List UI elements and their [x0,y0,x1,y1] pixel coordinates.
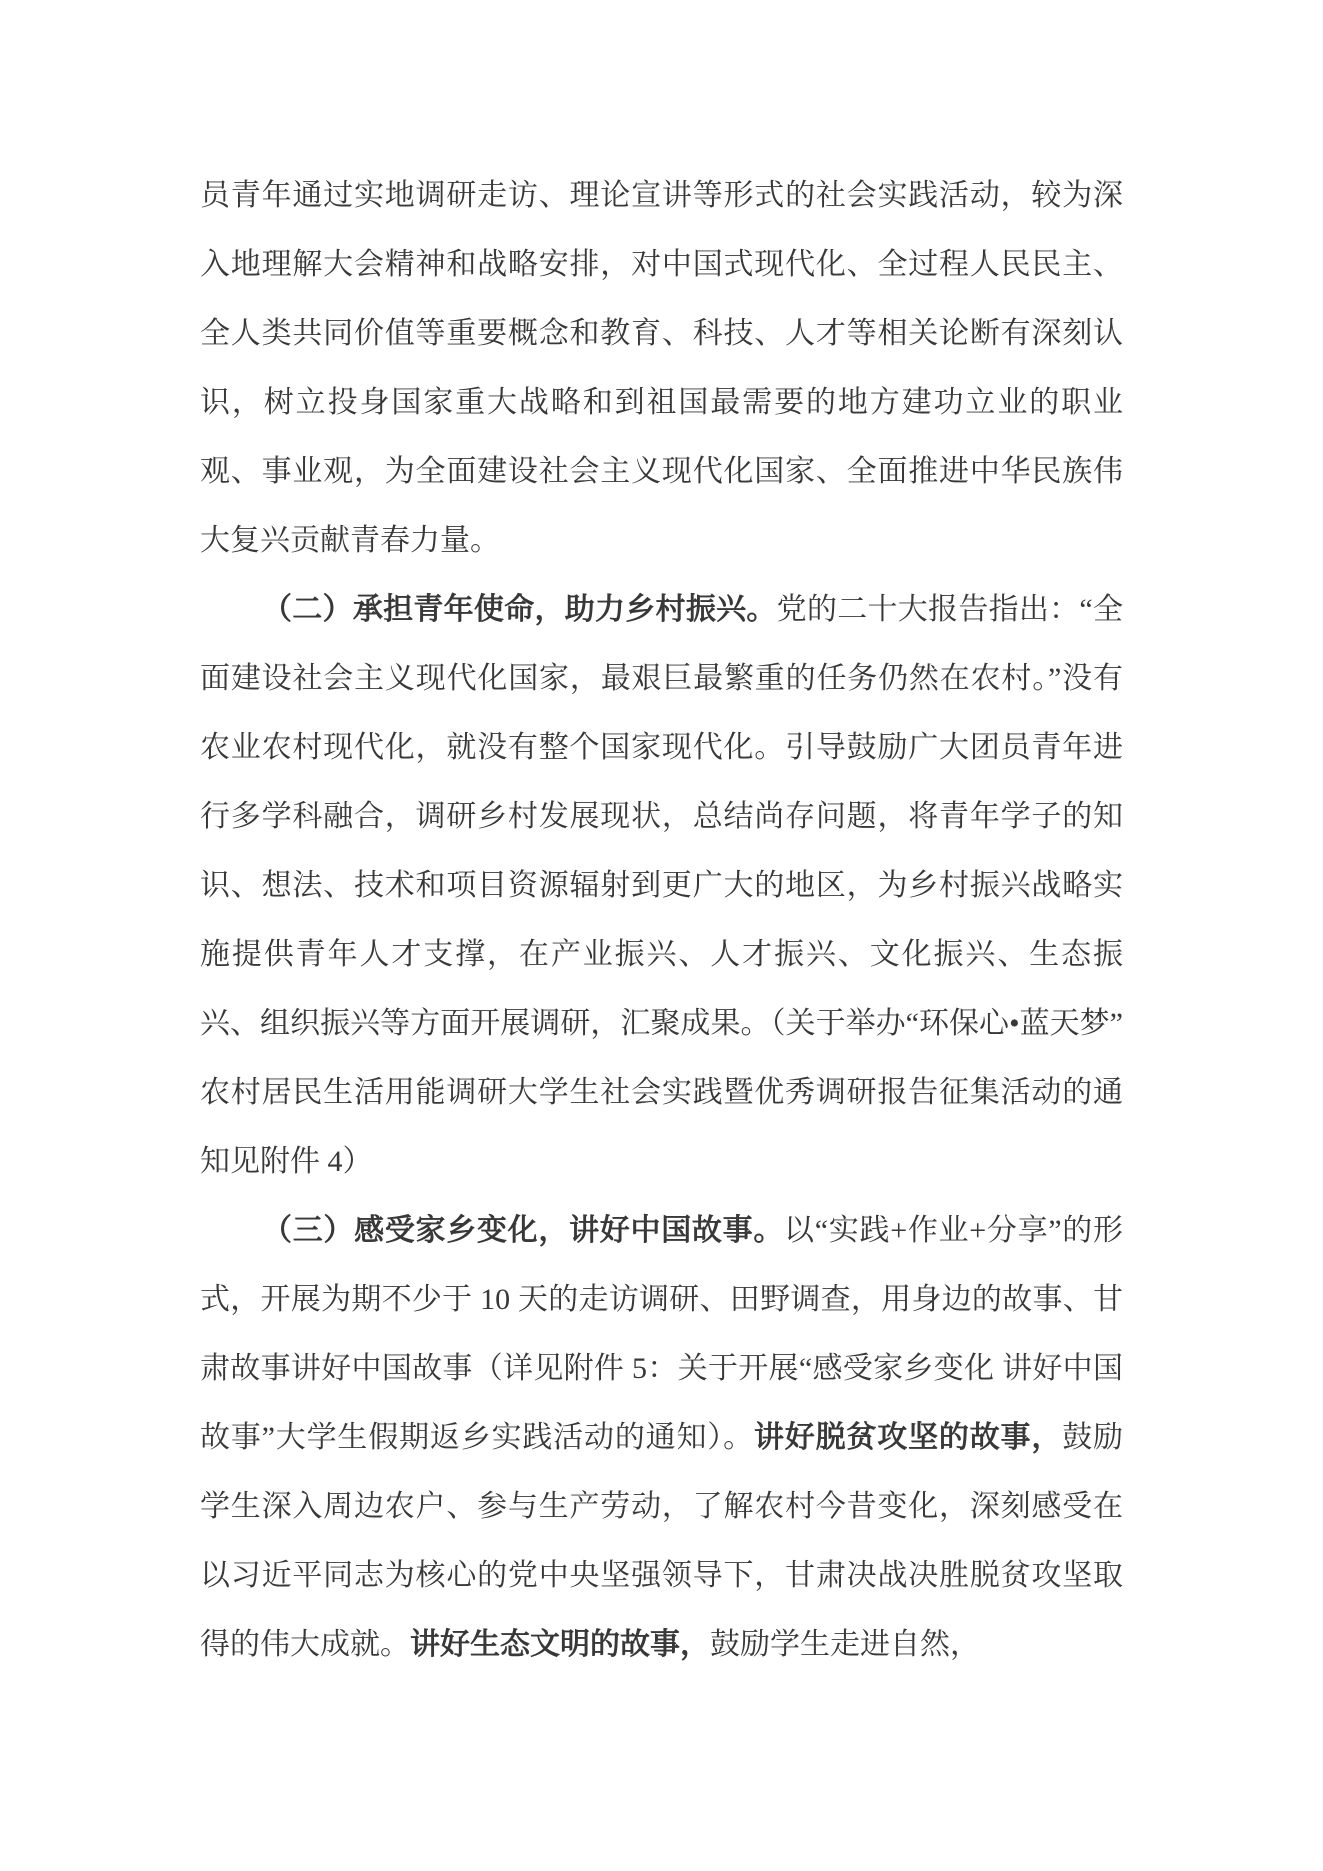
paragraph: （三）感受家乡变化，讲好中国故事。以“实践+作业+分享”的形式，开展为期不少于 … [200,1196,1123,1679]
text-run: 鼓励学生深入周边农户、参与生产劳动，了解农村今昔变化，深刻感受在以习近平同志为核… [200,1421,1123,1661]
bold-text-run: 讲好脱贫攻坚的故事， [754,1421,1062,1454]
document-page: 员青年通过实地调研走访、理论宣讲等形式的社会实践活动，较为深入地理解大会精神和战… [0,0,1323,1871]
bold-text-run: （三）感受家乡变化，讲好中国故事。 [262,1214,784,1247]
bold-text-run: 讲好生态文明的故事， [410,1628,710,1661]
document-body: 员青年通过实地调研走访、理论宣讲等形式的社会实践活动，较为深入地理解大会精神和战… [200,161,1123,1679]
text-run: 以“实践+作业+分享”的形式，开展为期不少于 10 天的走访调研、田野调查，用身… [200,1214,1123,1454]
paragraph: （二）承担青年使命，助力乡村振兴。党的二十大报告指出：“全面建设社会主义现代化国… [200,575,1123,1196]
paragraph: 员青年通过实地调研走访、理论宣讲等形式的社会实践活动，较为深入地理解大会精神和战… [200,161,1123,575]
text-run: 党的二十大报告指出：“全面建设社会主义现代化国家，最艰巨最繁重的任务仍然在农村。… [200,593,1123,1178]
text-run: 鼓励学生走进自然， [710,1628,980,1661]
bold-text-run: （二）承担青年使命，助力乡村振兴。 [262,593,777,626]
text-run: 员青年通过实地调研走访、理论宣讲等形式的社会实践活动，较为深入地理解大会精神和战… [200,179,1123,557]
